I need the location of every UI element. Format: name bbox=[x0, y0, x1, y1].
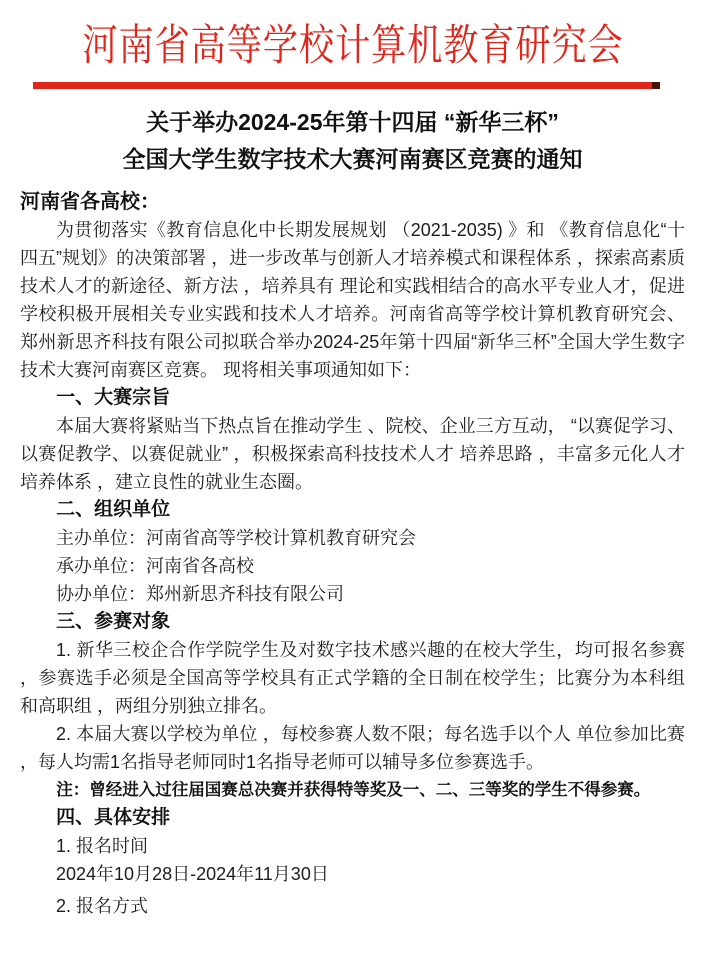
section-3-heading: 三、参赛对象 bbox=[20, 608, 685, 636]
letterhead-text: 河南省高等学校计算机教育研究会 bbox=[82, 22, 623, 72]
org-line-host: 主办单位：河南省高等学校计算机教育研究会 bbox=[20, 524, 685, 552]
letterhead-rule bbox=[33, 82, 660, 89]
section-1-paragraph: 本届大赛将紧贴当下热点旨在推动学生 、院校、企业三方互动， “以赛促学习、以赛促… bbox=[20, 412, 685, 496]
org-line-cohost: 协办单位：郑州新思齐科技有限公司 bbox=[20, 580, 685, 608]
org-value-host: 河南省高等学校计算机教育研究会 bbox=[146, 528, 416, 548]
registration-time-label: 1. 报名时间 bbox=[20, 832, 685, 860]
section-1-heading: 一、大赛宗旨 bbox=[20, 384, 685, 412]
title-line-1: 关于举办2024-25年第十四届 “新华三杯” bbox=[20, 104, 685, 141]
intro-paragraph: 为贯彻落实《教育信息化中长期发展规划 （2021-2035) 》和 《教育信息化… bbox=[20, 216, 685, 384]
org-value-undertaker: 河南省各高校 bbox=[146, 556, 254, 576]
org-value-cohost: 郑州新思齐科技有限公司 bbox=[146, 584, 344, 604]
registration-method-label: 2. 报名方式 bbox=[20, 892, 685, 920]
document-title: 关于举办2024-25年第十四届 “新华三杯” 全国大学生数字技术大赛河南赛区竞… bbox=[20, 104, 685, 178]
registration-date-range: 2024年10月28日-2024年11月30日 bbox=[20, 860, 685, 888]
letterhead: 河南省高等学校计算机教育研究会 bbox=[20, 22, 685, 72]
section-4-heading: 四、具体安排 bbox=[20, 804, 685, 832]
section-3-item-1: 1. 新华三校企合作学院学生及对数字技术感兴趣的在校大学生，均可报名参赛 ，参赛… bbox=[20, 636, 685, 720]
org-label-cohost: 协办单位： bbox=[56, 584, 146, 604]
salutation: 河南省各高校： bbox=[20, 188, 685, 216]
title-line-2: 全国大学生数字技术大赛河南赛区竞赛的通知 bbox=[20, 141, 685, 178]
org-line-undertaker: 承办单位：河南省各高校 bbox=[20, 552, 685, 580]
section-2-heading: 二、组织单位 bbox=[20, 496, 685, 524]
section-3-note: 注：曾经进入过往届国赛总决赛并获得特等奖及一、二、三等奖的学生不得参赛。 bbox=[20, 776, 685, 804]
document-page: 河南省高等学校计算机教育研究会 关于举办2024-25年第十四届 “新华三杯” … bbox=[0, 0, 703, 954]
org-label-undertaker: 承办单位： bbox=[56, 556, 146, 576]
org-label-host: 主办单位： bbox=[56, 528, 146, 548]
section-3-item-2: 2. 本届大赛以学校为单位 ，每校参赛人数不限；每名选手以个人 单位参加比赛 ，… bbox=[20, 720, 685, 776]
